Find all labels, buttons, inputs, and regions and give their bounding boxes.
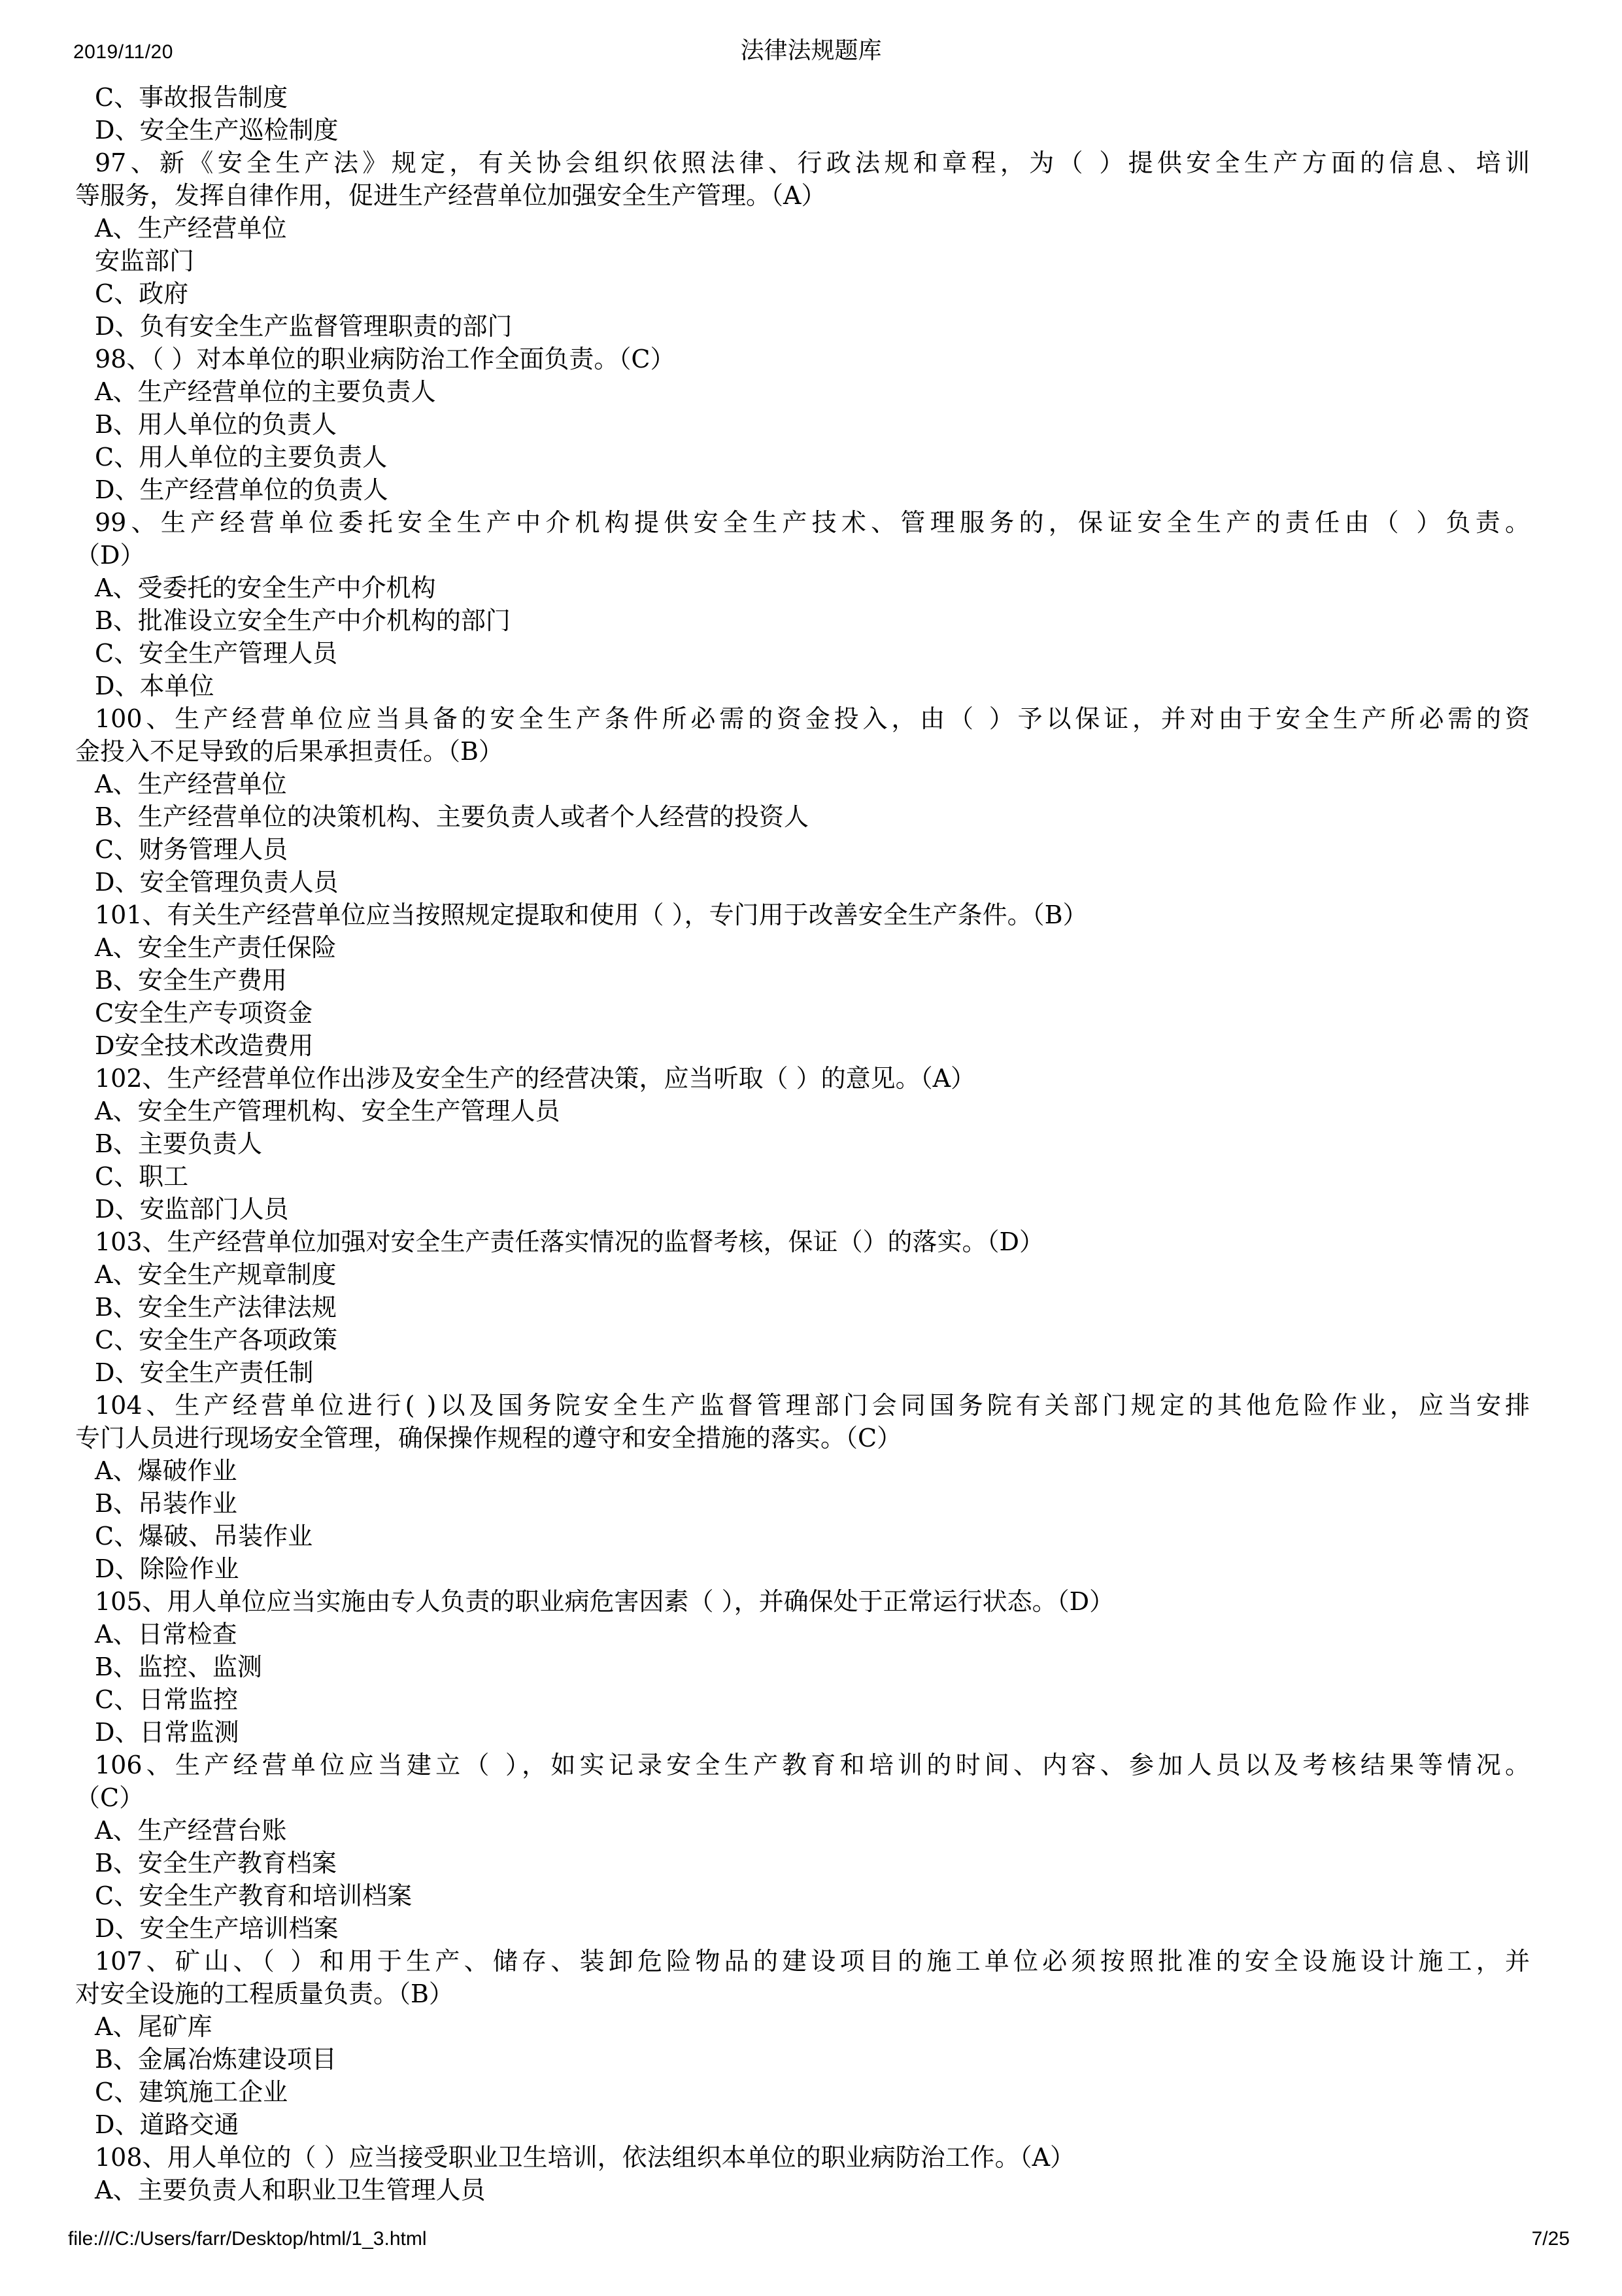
text-line: 106、生产经营单位应当建立（ ），如实记录安全生产教育和培训的时间、内容、参加… — [75, 1749, 1530, 1781]
text-line: D、安全管理负责人员 — [75, 866, 1530, 899]
text-line: D、道路交通 — [75, 2108, 1530, 2141]
text-line: B、监控、监测 — [75, 1651, 1530, 1683]
page-number: 7/25 — [1532, 2226, 1570, 2252]
text-line: C、事故报告制度 — [75, 81, 1530, 114]
text-line: D、日常监测 — [75, 1716, 1530, 1749]
text-line: 等服务，发挥自律作用，促进生产经营单位加强安全生产管理。（A） — [75, 179, 1530, 212]
text-line: C、建筑施工企业 — [75, 2076, 1530, 2108]
text-line: A、生产经营单位 — [75, 768, 1530, 800]
text-line: A、生产经营台账 — [75, 1814, 1530, 1847]
text-line: C、职工 — [75, 1160, 1530, 1193]
text-line: 103、生产经营单位加强对安全生产责任落实情况的监督考核，保证（）的落实。（D） — [75, 1225, 1530, 1258]
print-header: 2019/11/20 法律法规题库 — [0, 38, 1622, 65]
text-line: 107、矿山、（ ）和用于生产、储存、装卸危险物品的建设项目的施工单位必须按照批… — [75, 1945, 1530, 1978]
text-line: C、安全生产各项政策 — [75, 1324, 1530, 1356]
text-line: 99、生产经营单位委托安全生产中介机构提供安全生产技术、管理服务的，保证安全生产… — [75, 506, 1530, 539]
text-line: 108、用人单位的（ ）应当接受职业卫生培训，依法组织本单位的职业病防治工作。（… — [75, 2141, 1530, 2174]
text-line: 金投入不足导致的后果承担责任。（B） — [75, 735, 1530, 768]
text-line: 105、用人单位应当实施由专人负责的职业病危害因素（ ），并确保处于正常运行状态… — [75, 1585, 1530, 1618]
text-line: 104、生产经营单位进行( )以及国务院安全生产监督管理部门会同国务院有关部门规… — [75, 1389, 1530, 1422]
text-line: D、生产经营单位的负责人 — [75, 473, 1530, 506]
text-line: C、政府 — [75, 277, 1530, 310]
text-line: D、负有安全生产监督管理职责的部门 — [75, 310, 1530, 343]
text-line: A、生产经营单位 — [75, 212, 1530, 245]
text-line: 97、新《安全生产法》规定，有关协会组织依照法律、行政法规和章程，为（ ）提供安… — [75, 146, 1530, 179]
text-line: 专门人员进行现场安全管理，确保操作规程的遵守和安全措施的落实。（C） — [75, 1422, 1530, 1454]
text-line: C、财务管理人员 — [75, 833, 1530, 866]
text-line: A、安全生产管理机构、安全生产管理人员 — [75, 1095, 1530, 1127]
text-line: C、爆破、吊装作业 — [75, 1520, 1530, 1552]
text-line: A、主要负责人和职业卫生管理人员 — [75, 2174, 1530, 2206]
text-line: D、本单位 — [75, 670, 1530, 702]
text-line: A、尾矿库 — [75, 2010, 1530, 2043]
question-list: C、事故报告制度D、安全生产巡检制度97、新《安全生产法》规定，有关协会组织依照… — [75, 81, 1530, 2206]
text-line: A、爆破作业 — [75, 1454, 1530, 1487]
text-line: B、金属冶炼建设项目 — [75, 2043, 1530, 2076]
text-line: D安全技术改造费用 — [75, 1029, 1530, 1062]
text-line: D、安监部门人员 — [75, 1193, 1530, 1225]
text-line: 101、有关生产经营单位应当按照规定提取和使用（ ），专门用于改善安全生产条件。… — [75, 899, 1530, 931]
text-line: B、安全生产教育档案 — [75, 1847, 1530, 1879]
text-line: 100、生产经营单位应当具备的安全生产条件所必需的资金投入，由（ ）予以保证，并… — [75, 702, 1530, 735]
text-line: 安监部门 — [75, 245, 1530, 277]
text-line: D、安全生产培训档案 — [75, 1912, 1530, 1945]
text-line: D、安全生产巡检制度 — [75, 114, 1530, 146]
text-line: 对安全设施的工程质量负责。（B） — [75, 1978, 1530, 2010]
text-line: A、日常检查 — [75, 1618, 1530, 1651]
text-line: B、用人单位的负责人 — [75, 408, 1530, 441]
text-line: A、受委托的安全生产中介机构 — [75, 572, 1530, 604]
text-line: B、吊装作业 — [75, 1487, 1530, 1520]
text-line: B、安全生产费用 — [75, 964, 1530, 997]
text-line: B、生产经营单位的决策机构、主要负责人或者个人经营的投资人 — [75, 800, 1530, 833]
text-line: 102、生产经营单位作出涉及安全生产的经营决策，应当听取（ ）的意见。（A） — [75, 1062, 1530, 1095]
text-line: B、主要负责人 — [75, 1127, 1530, 1160]
text-line: C、安全生产教育和培训档案 — [75, 1879, 1530, 1912]
text-line: C、用人单位的主要负责人 — [75, 441, 1530, 473]
document-title: 法律法规题库 — [0, 38, 1622, 64]
text-line: D、安全生产责任制 — [75, 1356, 1530, 1389]
text-line: D、除险作业 — [75, 1552, 1530, 1585]
text-line: （D） — [75, 539, 1530, 572]
text-line: A、安全生产责任保险 — [75, 931, 1530, 964]
text-line: B、安全生产法律法规 — [75, 1291, 1530, 1324]
text-line: C安全生产专项资金 — [75, 997, 1530, 1029]
source-url: file:///C:/Users/farr/Desktop/html/1_3.h… — [68, 2226, 427, 2252]
print-footer: file:///C:/Users/farr/Desktop/html/1_3.h… — [68, 2226, 1570, 2255]
text-line: 98、（ ）对本单位的职业病防治工作全面负责。（C） — [75, 343, 1530, 375]
text-line: （C） — [75, 1781, 1530, 1814]
text-line: C、日常监控 — [75, 1683, 1530, 1716]
text-line: A、生产经营单位的主要负责人 — [75, 375, 1530, 408]
text-line: C、安全生产管理人员 — [75, 637, 1530, 670]
text-line: A、安全生产规章制度 — [75, 1258, 1530, 1291]
text-line: B、批准设立安全生产中介机构的部门 — [75, 604, 1530, 637]
printed-page: 2019/11/20 法律法规题库 C、事故报告制度D、安全生产巡检制度97、新… — [0, 0, 1622, 2296]
